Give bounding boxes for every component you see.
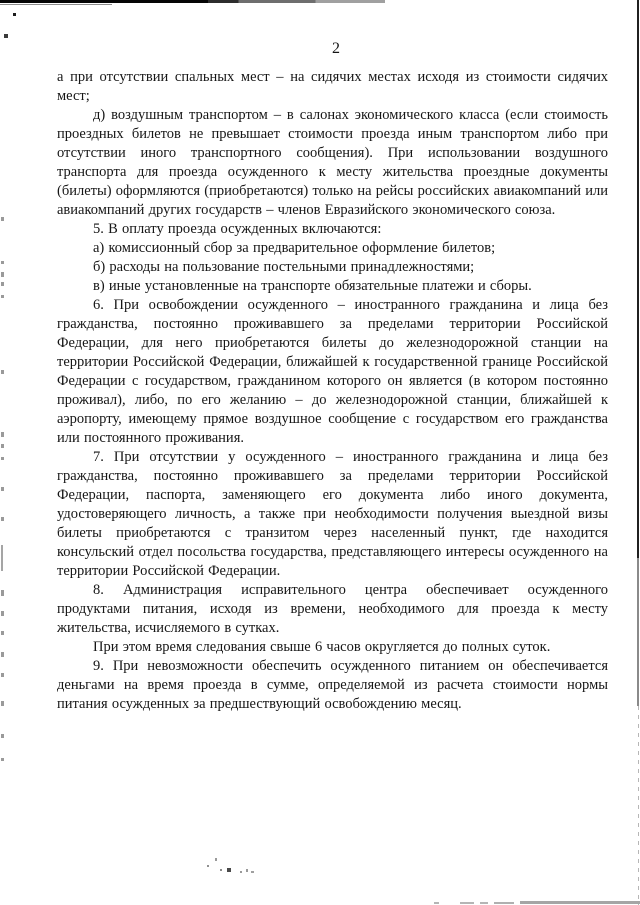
paragraph: 7. При отсутствии у осужденного – иностр… [57,448,608,581]
scan-artifact-speck [1,673,4,677]
scan-artifact-speck [1,272,4,277]
scan-artifact-speck [460,902,474,904]
scan-artifact-speck [480,902,488,904]
scan-artifact-speck [1,217,4,221]
scan-artifact-speck [1,444,4,448]
scan-artifact-speck [13,13,16,16]
scan-artifact-speck [1,487,4,491]
paragraph: 6. При освобождении осужденного – иностр… [57,296,608,448]
scan-artifact-speck [1,652,4,657]
scan-artifact-speck [240,871,242,873]
paragraph: в) иные установленные на транспорте обяз… [57,277,608,296]
scan-artifact-speck [1,282,4,286]
scan-artifact-speck [4,34,8,38]
scan-artifact-speck [1,295,4,298]
paragraph: б) расходы на пользование постельными пр… [57,258,608,277]
paragraph: а) комиссионный сбор за предварительное … [57,239,608,258]
scan-artifact-speck [1,517,4,521]
paragraph: д) воздушным транспортом – в салонах эко… [57,106,608,220]
scan-artifact-right-border [637,558,639,706]
scan-artifact-speck [434,902,439,904]
scan-artifact-speck [494,902,514,904]
scan-artifact-speck [1,631,4,635]
paragraph: а при отсутствии спальных мест – на сидя… [57,68,608,106]
paragraph: При этом время следования свыше 6 часов … [57,638,608,657]
scan-artifact-speck [1,590,4,596]
scan-artifact-speck [1,457,4,460]
scan-artifact-speck [1,370,4,374]
paragraph: 5. В оплату проезда осужденных включаютс… [57,220,608,239]
paragraph: 9. При невозможности обеспечить осужденн… [57,657,608,714]
scan-artifact-speck [1,545,3,571]
scan-artifact-top-line [0,0,385,3]
scan-artifact-speck [246,869,248,872]
scan-artifact-right-border [637,0,639,558]
scan-artifact-speck [1,701,4,706]
scan-artifact-bottom-line [520,901,640,904]
scan-artifact-speck [227,868,231,872]
scan-artifact-right-border [638,706,640,905]
scan-artifact-speck [1,432,4,437]
scan-artifact-speck [251,871,254,873]
scan-artifact-speck [1,611,4,616]
scan-artifact-speck [207,865,209,867]
scan-artifact-speck [220,869,222,871]
page-number: 2 [60,40,612,58]
scan-artifact-speck [1,261,4,264]
scan-artifact-speck [215,858,217,861]
scan-artifact-speck [1,758,4,761]
document-body: а при отсутствии спальных мест – на сидя… [57,68,608,714]
scan-artifact-top-subline [0,4,112,6]
scanned-document-page: 2 а при отсутствии спальных мест – на си… [0,0,640,905]
paragraph: 8. Администрация исправительного центра … [57,581,608,638]
scan-artifact-speck [1,734,4,738]
